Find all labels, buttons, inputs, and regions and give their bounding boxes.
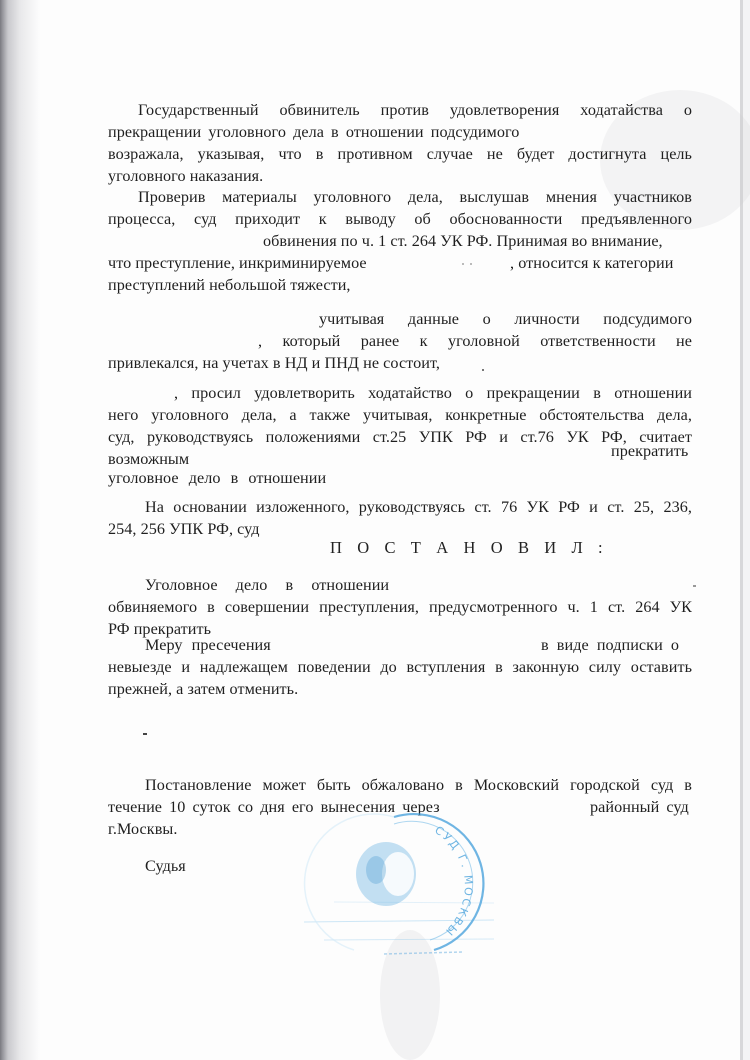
- text-line: что преступление, инкриминируемое: [108, 253, 367, 273]
- text-line: Проверив материалы уголовного дела, высл…: [138, 187, 692, 207]
- court-seal-icon: СУД Г. МОСКВЫ: [294, 812, 494, 962]
- text-line: прекращении уголовного дела в отношении …: [108, 122, 519, 142]
- text-line: привлекался, на учетах в НД и ПНД не сос…: [108, 353, 440, 373]
- document-page: Государственный обвинитель против удовле…: [0, 0, 750, 1060]
- text-line: г.Москвы.: [108, 819, 177, 839]
- text-line: преступлений небольшой тяжести,: [108, 275, 351, 295]
- text-line: , который ранее к уголовной ответственно…: [258, 331, 692, 351]
- scan-speck: [462, 263, 464, 265]
- text-line: обвинения по ч. 1 ст. 264 УК РФ. Принима…: [263, 231, 663, 251]
- scan-shadow-left: [0, 0, 40, 1060]
- text-line: Государственный обвинитель против удовле…: [138, 100, 692, 120]
- text-line: прекратить: [611, 441, 688, 461]
- text-line: уголовное дело в отношении: [108, 468, 326, 488]
- text-line: , просил удовлетворить ходатайство о пре…: [174, 383, 692, 403]
- text-line: возражала, указывая, что в противном слу…: [108, 144, 692, 164]
- scan-speck: [470, 263, 472, 265]
- scan-speck: [482, 369, 484, 371]
- court-stamp: СУД Г. МОСКВЫ: [294, 812, 494, 962]
- text-line: Постановление может быть обжаловано в Мо…: [145, 775, 692, 795]
- text-line: него уголовного дела, а также учитывая, …: [108, 405, 692, 425]
- text-line: уголовного наказания.: [108, 166, 263, 186]
- text-line: районный суд: [590, 797, 689, 817]
- text-line: прежней, а затем отменить.: [108, 679, 298, 699]
- text-line: 254, 256 УПК РФ, суд: [108, 519, 260, 539]
- text-line: Уголовное дело в отношении: [145, 575, 389, 595]
- text-line: , относится к категории: [510, 253, 673, 273]
- text-line: обвиняемого в совершении преступления, п…: [108, 597, 692, 617]
- judge-signature-label: Судья: [145, 856, 186, 876]
- decision-heading: П О С Т А Н О В И Л :: [330, 538, 608, 558]
- text-line: процесса, суд приходит к выводу об обосн…: [108, 209, 692, 229]
- scan-speck: [143, 733, 147, 735]
- text-line: в виде подписки о: [541, 635, 679, 655]
- text-line: невыезде и надлежащем поведении до вступ…: [108, 657, 692, 677]
- text-line: возможным: [108, 449, 189, 469]
- text-line: Меру пресечения: [145, 635, 271, 655]
- scan-speck: [693, 585, 696, 587]
- text-line: учитывая данные о личности подсудимого: [319, 309, 692, 329]
- text-line: На основании изложенного, руководствуясь…: [145, 497, 692, 517]
- text-line: суд, руководствуясь положениями ст.25 УП…: [108, 427, 692, 447]
